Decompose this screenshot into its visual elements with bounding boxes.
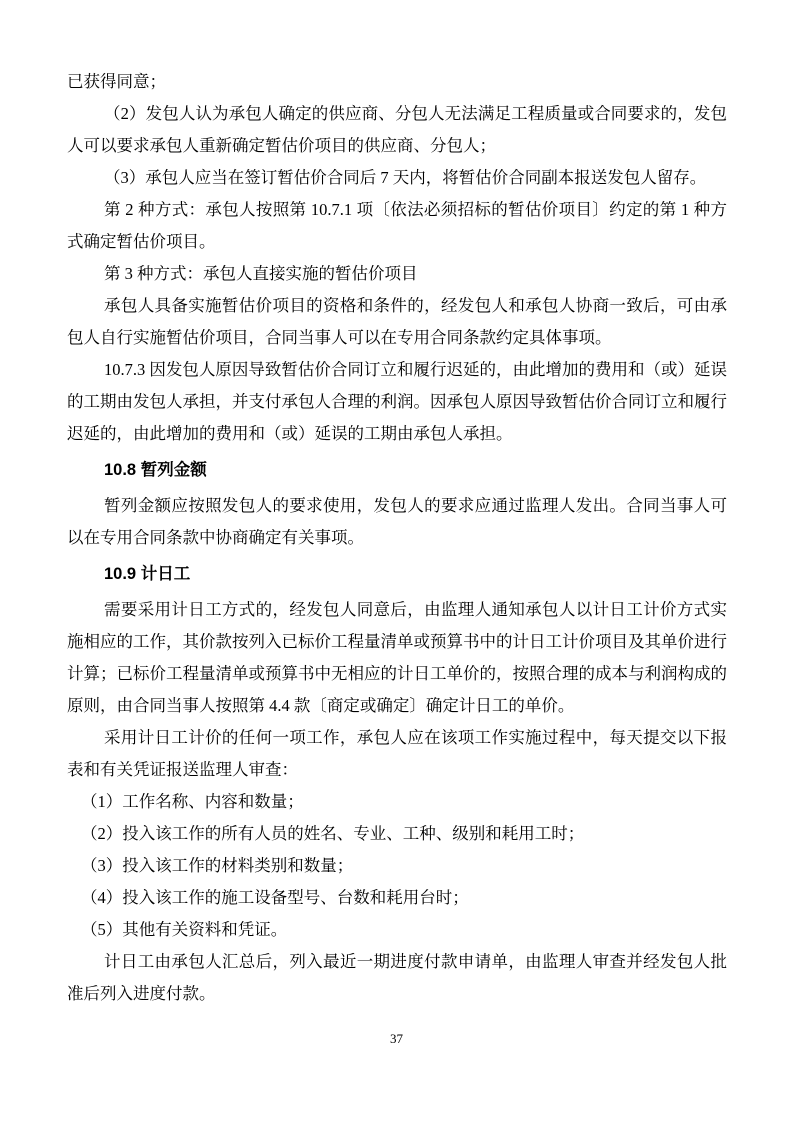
paragraph-daywork-reports-intro: 采用计日工计价的任何一项工作，承包人应在该项工作实施过程中，每天提交以下报表和有…: [67, 722, 727, 786]
paragraph-method-3-detail: 承包人具备实施暂估价项目的资格和条件的，经发包人和承包人协商一致后，可由承包人自…: [67, 290, 727, 354]
paragraph-clause-10-7-3: 10.7.3 因发包人原因导致暂估价合同订立和履行迟延的，由此增加的费用和（或）…: [67, 354, 727, 450]
paragraph-supplier-item-3: （3）承包人应当在签订暂估价合同后 7 天内，将暂估价合同副本报送发包人留存。: [67, 162, 727, 194]
section-heading-10-8: 10.8 暂列金额: [67, 454, 727, 486]
list-item-3: （3）投入该工作的材料类别和数量；: [67, 850, 727, 882]
list-item-4: （4）投入该工作的施工设备型号、台数和耗用台时；: [67, 882, 727, 914]
paragraph-supplier-item-2: （2）发包人认为承包人确定的供应商、分包人无法满足工程质量或合同要求的，发包人可…: [67, 98, 727, 162]
section-heading-10-9: 10.9 计日工: [67, 558, 727, 590]
paragraph-method-3: 第 3 种方式：承包人直接实施的暂估价项目: [67, 258, 727, 290]
paragraph-daywork-pricing: 需要采用计日工方式的，经发包人同意后，由监理人通知承包人以计日工计价方式实施相应…: [67, 594, 727, 722]
paragraph-provisional-sum: 暂列金额应按照发包人的要求使用，发包人的要求应通过监理人发出。合同当事人可以在专…: [67, 490, 727, 554]
list-item-2: （2）投入该工作的所有人员的姓名、专业、工种、级别和耗用工时；: [67, 818, 727, 850]
document-content: 已获得同意； （2）发包人认为承包人确定的供应商、分包人无法满足工程质量或合同要…: [67, 66, 727, 1010]
paragraph-continuation: 已获得同意；: [67, 66, 727, 98]
list-item-1: （1）工作名称、内容和数量；: [67, 786, 727, 818]
document-page: 已获得同意； （2）发包人认为承包人确定的供应商、分包人无法满足工程质量或合同要…: [0, 0, 793, 1122]
paragraph-method-2: 第 2 种方式：承包人按照第 10.7.1 项〔依法必须招标的暂估价项目〕约定的…: [67, 194, 727, 258]
paragraph-daywork-summary: 计日工由承包人汇总后，列入最近一期进度付款申请单，由监理人审查并经发包人批准后列…: [67, 946, 727, 1010]
list-item-5: （5）其他有关资料和凭证。: [67, 914, 727, 946]
page-number: 37: [0, 1031, 793, 1047]
